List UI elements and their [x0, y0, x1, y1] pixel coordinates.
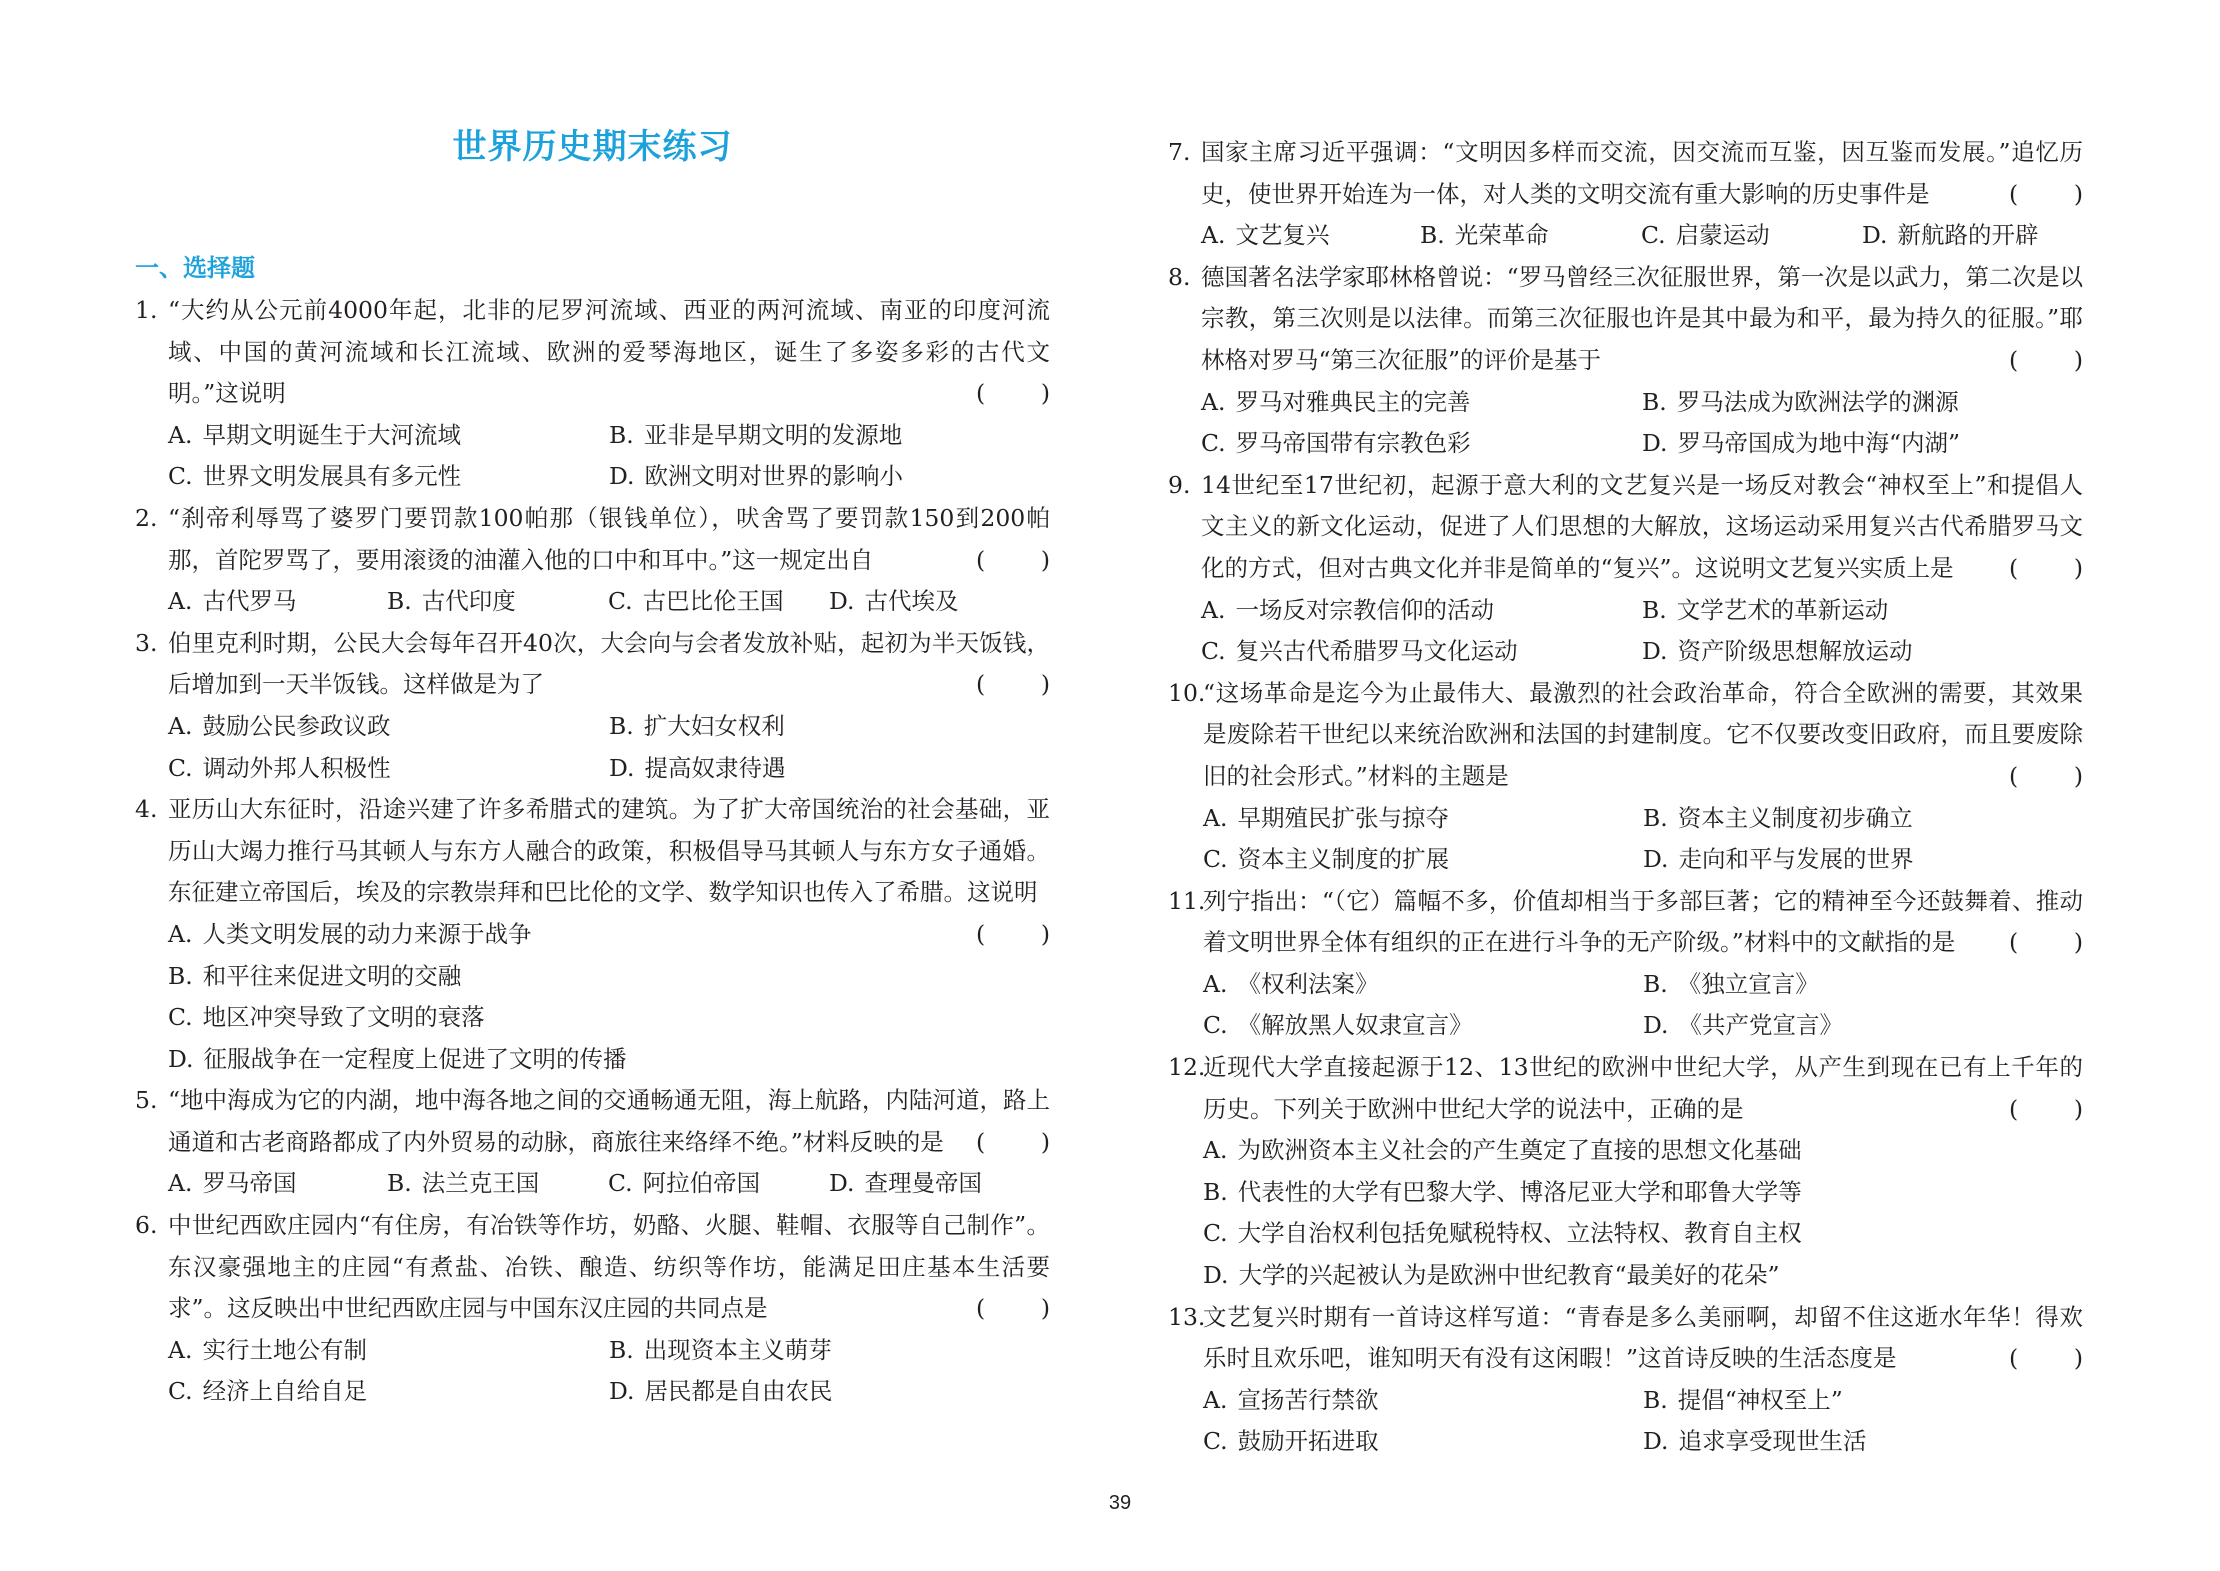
bracket-close: ): [2074, 174, 2083, 216]
option-d[interactable]: D.查理曼帝国: [829, 1163, 1050, 1205]
option-d[interactable]: D.追求享受现世生活: [1643, 1421, 2083, 1463]
option-a[interactable]: A.早期文明诞生于大河流域: [168, 415, 609, 457]
worksheet-page: 世界历史期末练习 一、选择题 1. “大约从公元前4000年起，北非的尼罗河流域…: [0, 0, 2220, 1571]
answer-bracket[interactable]: (): [2009, 174, 2083, 216]
option-letter: D.: [1643, 845, 1668, 873]
answer-bracket[interactable]: (): [2009, 1338, 2083, 1380]
option-letter: D.: [609, 754, 634, 782]
option-c[interactable]: C.鼓励开拓进取: [1203, 1421, 1643, 1463]
options-grid: A.实行土地公有制 B.出现资本主义萌芽 C.经济上自给自足 D.居民都是自由农…: [135, 1330, 1050, 1413]
option-text: 扩大妇女权利: [644, 712, 785, 740]
answer-bracket[interactable]: (): [2009, 548, 2083, 590]
option-d[interactable]: D.走向和平与发展的世界: [1643, 839, 2083, 881]
option-text: 资本主义制度的扩展: [1238, 845, 1450, 873]
question-stem: 6. 中世纪西欧庄园内“有住房，有冶铁等作坊，奶酪、火腿、鞋帽、衣服等自己制作”…: [135, 1205, 1050, 1330]
option-text: 古代埃及: [865, 587, 959, 615]
question-number: 9.: [1168, 465, 1190, 507]
option-b[interactable]: B.扩大妇女权利: [609, 706, 1050, 748]
question-10: 10. “这场革命是迄今为止最伟大、最激烈的社会政治革命，符合全欧洲的需要，其效…: [1168, 673, 2083, 881]
option-letter: B.: [609, 421, 634, 449]
option-b[interactable]: B.亚非是早期文明的发源地: [609, 415, 1050, 457]
question-text: 德国著名法学家耶林格曾说：“罗马曾经三次征服世界，第一次是以武力，第二次是以宗教…: [1201, 263, 2083, 374]
option-b[interactable]: B.文学艺术的革新运动: [1642, 590, 2083, 632]
option-text: 走向和平与发展的世界: [1678, 845, 1913, 873]
question-number: 8.: [1168, 257, 1190, 299]
option-letter: C.: [168, 1003, 193, 1031]
option-d[interactable]: D.资产阶级思想解放运动: [1642, 631, 2083, 673]
option-letter: D.: [1642, 637, 1667, 665]
question-8: 8. 德国著名法学家耶林格曾说：“罗马曾经三次征服世界，第一次是以武力，第二次是…: [1168, 257, 2083, 465]
option-letter: D.: [1643, 1427, 1668, 1455]
option-d[interactable]: D.古代埃及: [829, 581, 1050, 623]
option-b[interactable]: B.光荣革命: [1420, 215, 1641, 257]
option-d[interactable]: D.居民都是自由农民: [609, 1371, 1050, 1413]
option-letter: C.: [1203, 1427, 1228, 1455]
question-number: 13.: [1168, 1297, 1205, 1339]
option-text: 文艺复兴: [1235, 221, 1329, 249]
option-b[interactable]: B.出现资本主义萌芽: [609, 1330, 1050, 1372]
option-c[interactable]: C.古巴比伦王国: [608, 581, 829, 623]
options-grid: A.《权利法案》 B.《独立宣言》 C.《解放黑人奴隶宣言》 D.《共产党宣言》: [1168, 964, 2083, 1047]
option-b[interactable]: B.罗马法成为欧洲法学的渊源: [1642, 382, 2083, 424]
options-grid: A.鼓励公民参政议政 B.扩大妇女权利 C.调动外邦人积极性 D.提高奴隶待遇: [135, 706, 1050, 789]
question-13: 13. 文艺复兴时期有一首诗这样写道：“青春是多么美丽啊，却留不住这逝水年华！得…: [1168, 1297, 2083, 1463]
options-grid: A.文艺复兴 B.光荣革命 C.启蒙运动 D.新航路的开辟: [1168, 215, 2083, 257]
options-list: A.人类文明发展的动力来源于战争 B.和平往来促进文明的交融 C.地区冲突导致了…: [135, 914, 1050, 1080]
option-b[interactable]: B.古代印度: [387, 581, 608, 623]
option-text: 宣扬苦行禁欲: [1237, 1386, 1378, 1414]
option-text: 地区冲突导致了文明的衰落: [203, 1003, 485, 1031]
option-text: 罗马法成为欧洲法学的渊源: [1677, 388, 1959, 416]
question-9: 9. 14世纪至17世纪初，起源于意大利的文艺复兴是一场反对教会“神权至上”和提…: [1168, 465, 2083, 673]
question-stem: 1. “大约从公元前4000年起，北非的尼罗河流域、西亚的两河流域、南亚的印度河…: [135, 290, 1050, 415]
bracket-close: ): [1041, 1288, 1050, 1330]
option-letter: B.: [1420, 221, 1445, 249]
option-text: 亚非是早期文明的发源地: [644, 421, 903, 449]
option-letter: A.: [168, 421, 192, 449]
option-letter: A.: [1203, 970, 1227, 998]
options-list: A.为欧洲资本主义社会的产生奠定了直接的思想文化基础 B.代表性的大学有巴黎大学…: [1168, 1130, 2083, 1296]
option-letter: A.: [168, 920, 192, 948]
option-text: 实行土地公有制: [202, 1336, 367, 1364]
answer-bracket[interactable]: (): [976, 1288, 1050, 1330]
option-text: 光荣革命: [1455, 221, 1549, 249]
option-letter: D.: [829, 587, 854, 615]
option-text: 新航路的开辟: [1898, 221, 2039, 249]
option-text: 古代印度: [422, 587, 516, 615]
option-letter: B.: [609, 1336, 634, 1364]
bracket-open: (: [2009, 1089, 2018, 1131]
option-text: 出现资本主义萌芽: [644, 1336, 832, 1364]
option-letter: D.: [609, 1377, 634, 1405]
question-number: 11.: [1168, 881, 1205, 923]
question-stem: 10. “这场革命是迄今为止最伟大、最激烈的社会政治革命，符合全欧洲的需要，其效…: [1168, 673, 2083, 798]
question-number: 3.: [135, 623, 157, 665]
option-a[interactable]: A.文艺复兴: [1201, 215, 1420, 257]
option-text: 《共产党宣言》: [1678, 1011, 1843, 1039]
option-text: 一场反对宗教信仰的活动: [1235, 596, 1494, 624]
option-letter: D.: [829, 1169, 854, 1197]
option-letter: A.: [1201, 221, 1225, 249]
answer-bracket[interactable]: (): [2009, 340, 2083, 382]
question-6: 6. 中世纪西欧庄园内“有住房，有冶铁等作坊，奶酪、火腿、鞋帽、衣服等自己制作”…: [135, 1205, 1050, 1413]
option-b[interactable]: B.法兰克王国: [387, 1163, 608, 1205]
question-number: 12.: [1168, 1047, 1205, 1089]
option-text: 居民都是自由农民: [644, 1377, 832, 1405]
question-stem: 12. 近现代大学直接起源于12、13世纪的欧洲中世纪大学，从产生到现在已有上千…: [1168, 1047, 2083, 1130]
option-c[interactable]: C.《解放黑人奴隶宣言》: [1203, 1005, 1643, 1047]
option-letter: C.: [1203, 1011, 1228, 1039]
option-c[interactable]: C.复兴古代希腊罗马文化运动: [1201, 631, 1642, 673]
question-5: 5. “地中海成为它的内湖，地中海各地之间的交通畅通无阻，海上航路，内陆河道，路…: [135, 1080, 1050, 1205]
right-column: 7. 国家主席习近平强调：“文明因多样而交流，因交流而互鉴，因互鉴而发展。”追忆…: [1168, 132, 2083, 1463]
option-text: 早期殖民扩张与掠夺: [1237, 804, 1449, 832]
question-stem: 7. 国家主席习近平强调：“文明因多样而交流，因交流而互鉴，因互鉴而发展。”追忆…: [1168, 132, 2083, 215]
answer-bracket[interactable]: (): [976, 540, 1050, 582]
bracket-close: ): [2074, 548, 2083, 590]
bracket-open: (: [976, 373, 985, 415]
question-text: 列宁指出：“（它）篇幅不多，价值却相当于多部巨著；它的精神至今还鼓舞着、推动着文…: [1203, 887, 2083, 957]
question-2: 2. “刹帝利辱骂了婆罗门要罚款100帕那（银钱单位），吠舍骂了要罚款150到2…: [135, 498, 1050, 623]
question-number: 4.: [135, 789, 157, 831]
option-letter: C.: [608, 587, 633, 615]
option-c[interactable]: C.启蒙运动: [1641, 215, 1862, 257]
option-c[interactable]: C.资本主义制度的扩展: [1203, 839, 1643, 881]
bracket-close: ): [2074, 756, 2083, 798]
bracket-open: (: [2009, 756, 2018, 798]
question-text: 14世纪至17世纪初，起源于意大利的文艺复兴是一场反对教会“神权至上”和提倡人文…: [1201, 471, 2083, 582]
option-letter: A.: [168, 587, 192, 615]
page-number: 39: [1060, 1492, 1180, 1515]
question-number: 1.: [135, 290, 157, 332]
option-a[interactable]: A.罗马帝国: [168, 1163, 387, 1205]
option-letter: C.: [1201, 637, 1226, 665]
option-d[interactable]: D.大学的兴起被认为是欧洲中世纪教育“最美好的花朵”: [1203, 1255, 1780, 1297]
option-letter: C.: [168, 1377, 193, 1405]
bracket-open: (: [2009, 1338, 2018, 1380]
options-grid: A.宣扬苦行禁欲 B.提倡“神权至上” C.鼓励开拓进取 D.追求享受现世生活: [1168, 1380, 2083, 1463]
option-letter: B.: [387, 587, 412, 615]
option-letter: B.: [1642, 596, 1667, 624]
question-text: “地中海成为它的内湖，地中海各地之间的交通畅通无阻，海上航路，内陆河道，路上通道…: [168, 1086, 1050, 1156]
option-text: 查理曼帝国: [865, 1169, 983, 1197]
option-letter: C.: [1203, 1219, 1228, 1247]
answer-bracket[interactable]: (): [976, 1122, 1050, 1164]
option-letter: C.: [1201, 429, 1226, 457]
option-text: 《解放黑人奴隶宣言》: [1238, 1011, 1473, 1039]
question-text: 伯里克利时期，公民大会每年召开40次，大会向与会者发放补贴，起初为半天饭钱，后增…: [168, 629, 1050, 699]
option-letter: A.: [1201, 388, 1225, 416]
option-d[interactable]: D.罗马帝国成为地中海“内湖”: [1642, 423, 2083, 465]
option-b[interactable]: B.提倡“神权至上”: [1643, 1380, 2083, 1422]
question-text: “这场革命是迄今为止最伟大、最激烈的社会政治革命，符合全欧洲的需要，其效果是废除…: [1203, 679, 2083, 790]
question-1: 1. “大约从公元前4000年起，北非的尼罗河流域、西亚的两河流域、南亚的印度河…: [135, 290, 1050, 498]
option-b[interactable]: B.《独立宣言》: [1643, 964, 2083, 1006]
option-text: 征服战争在一定程度上促进了文明的传播: [203, 1045, 626, 1073]
option-letter: C.: [168, 754, 193, 782]
bracket-open: (: [2009, 548, 2018, 590]
answer-bracket[interactable]: (): [2009, 1089, 2083, 1131]
option-text: 阿拉伯帝国: [643, 1169, 761, 1197]
option-text: 《独立宣言》: [1678, 970, 1819, 998]
options-grid: A.罗马对雅典民主的完善 B.罗马法成为欧洲法学的渊源 C.罗马帝国带有宗教色彩…: [1168, 382, 2083, 465]
option-text: 资产阶级思想解放运动: [1677, 637, 1912, 665]
option-c[interactable]: C.大学自治权利包括免赋税特权、立法特权、教育自主权: [1203, 1213, 1802, 1255]
option-text: 文学艺术的革新运动: [1677, 596, 1889, 624]
option-text: 《权利法案》: [1237, 970, 1378, 998]
question-text: 国家主席习近平强调：“文明因多样而交流，因交流而互鉴，因互鉴而发展。”追忆历史，…: [1201, 138, 2083, 208]
question-stem: 4. 亚历山大东征时，沿途兴建了许多希腊式的建筑。为了扩大帝国统治的社会基础，亚…: [135, 789, 1050, 914]
bracket-open: (: [2009, 174, 2018, 216]
options-grid: A.早期文明诞生于大河流域 B.亚非是早期文明的发源地 C.世界文明发展具有多元…: [135, 415, 1050, 498]
option-letter: D.: [1642, 429, 1667, 457]
option-letter: A.: [1203, 1136, 1227, 1164]
option-b[interactable]: B.资本主义制度初步确立: [1643, 798, 2083, 840]
option-a[interactable]: A.实行土地公有制: [168, 1330, 609, 1372]
option-text: 代表性的大学有巴黎大学、博洛尼亚大学和耶鲁大学等: [1238, 1178, 1802, 1206]
bracket-close: ): [1041, 1122, 1050, 1164]
bracket-open: (: [2009, 340, 2018, 382]
option-letter: B.: [168, 962, 193, 990]
option-letter: C.: [1641, 221, 1666, 249]
option-letter: D.: [1203, 1261, 1228, 1289]
option-text: 启蒙运动: [1676, 221, 1770, 249]
option-text: 罗马帝国带有宗教色彩: [1236, 429, 1471, 457]
question-text: “刹帝利辱骂了婆罗门要罚款100帕那（银钱单位），吠舍骂了要罚款150到200帕…: [168, 504, 1050, 574]
option-text: 调动外邦人积极性: [203, 754, 391, 782]
bracket-open: (: [976, 664, 985, 706]
option-text: 经济上自给自足: [203, 1377, 368, 1405]
option-c[interactable]: C.地区冲突导致了文明的衰落: [168, 997, 485, 1039]
bracket-open: (: [976, 1122, 985, 1164]
option-text: 人类文明发展的动力来源于战争: [202, 920, 531, 948]
option-c[interactable]: C.调动外邦人积极性: [168, 748, 609, 790]
option-a[interactable]: A.一场反对宗教信仰的活动: [1201, 590, 1642, 632]
bracket-close: ): [1041, 373, 1050, 415]
option-a[interactable]: A.为欧洲资本主义社会的产生奠定了直接的思想文化基础: [1203, 1130, 1801, 1172]
option-letter: A.: [1201, 596, 1225, 624]
option-letter: C.: [1203, 845, 1228, 873]
question-number: 2.: [135, 498, 157, 540]
question-number: 6.: [135, 1205, 157, 1247]
question-3: 3. 伯里克利时期，公民大会每年召开40次，大会向与会者发放补贴，起初为半天饭钱…: [135, 623, 1050, 789]
option-text: 鼓励开拓进取: [1238, 1427, 1379, 1455]
question-text: 文艺复兴时期有一首诗这样写道：“青春是多么美丽啊，却留不住这逝水年华！得欢乐时且…: [1203, 1303, 2083, 1373]
question-text: 近现代大学直接起源于12、13世纪的欧洲中世纪大学，从产生到现在已有上千年的历史…: [1203, 1053, 2083, 1123]
option-d[interactable]: D.欧洲文明对世界的影响小: [609, 456, 1050, 498]
option-a[interactable]: A.《权利法案》: [1203, 964, 1643, 1006]
option-text: 古代罗马: [202, 587, 296, 615]
option-text: 为欧洲资本主义社会的产生奠定了直接的思想文化基础: [1237, 1136, 1801, 1164]
question-number: 5.: [135, 1080, 157, 1122]
option-letter: C.: [608, 1169, 633, 1197]
question-4: 4. 亚历山大东征时，沿途兴建了许多希腊式的建筑。为了扩大帝国统治的社会基础，亚…: [135, 789, 1050, 1080]
options-grid: A.一场反对宗教信仰的活动 B.文学艺术的革新运动 C.复兴古代希腊罗马文化运动…: [1168, 590, 2083, 673]
question-stem: 3. 伯里克利时期，公民大会每年召开40次，大会向与会者发放补贴，起初为半天饭钱…: [135, 623, 1050, 706]
question-7: 7. 国家主席习近平强调：“文明因多样而交流，因交流而互鉴，因互鉴而发展。”追忆…: [1168, 132, 2083, 257]
question-stem: 5. “地中海成为它的内湖，地中海各地之间的交通畅通无阻，海上航路，内陆河道，路…: [135, 1080, 1050, 1163]
option-a[interactable]: A.人类文明发展的动力来源于战争: [168, 914, 531, 956]
option-letter: B.: [1643, 804, 1668, 832]
option-text: 早期文明诞生于大河流域: [202, 421, 461, 449]
question-11: 11. 列宁指出：“（它）篇幅不多，价值却相当于多部巨著；它的精神至今还鼓舞着、…: [1168, 881, 2083, 1047]
question-12: 12. 近现代大学直接起源于12、13世纪的欧洲中世纪大学，从产生到现在已有上千…: [1168, 1047, 2083, 1297]
option-letter: B.: [1642, 388, 1667, 416]
answer-bracket[interactable]: (): [2009, 922, 2083, 964]
page-title: 世界历史期末练习: [135, 122, 1050, 172]
options-grid: A.罗马帝国 B.法兰克王国 C.阿拉伯帝国 D.查理曼帝国: [135, 1163, 1050, 1205]
option-letter: D.: [609, 462, 634, 490]
option-text: 资本主义制度初步确立: [1678, 804, 1913, 832]
option-text: 欧洲文明对世界的影响小: [644, 462, 903, 490]
option-a[interactable]: A.古代罗马: [168, 581, 387, 623]
option-d[interactable]: D.提高奴隶待遇: [609, 748, 1050, 790]
bracket-close: ): [2074, 340, 2083, 382]
question-stem: 11. 列宁指出：“（它）篇幅不多，价值却相当于多部巨著；它的精神至今还鼓舞着、…: [1168, 881, 2083, 964]
option-letter: B.: [1643, 1386, 1668, 1414]
option-letter: B.: [609, 712, 634, 740]
question-text: “大约从公元前4000年起，北非的尼罗河流域、西亚的两河流域、南亚的印度河流域、…: [168, 296, 1050, 407]
bracket-close: ): [2074, 1089, 2083, 1131]
section-heading: 一、选择题: [135, 250, 255, 286]
option-text: 鼓励公民参政议政: [202, 712, 390, 740]
option-text: 世界文明发展具有多元性: [203, 462, 462, 490]
option-d[interactable]: D.新航路的开辟: [1862, 215, 2083, 257]
bracket-close: ): [1041, 664, 1050, 706]
option-letter: C.: [168, 462, 193, 490]
option-letter: B.: [1643, 970, 1668, 998]
option-text: 和平往来促进文明的交融: [203, 962, 462, 990]
question-text: 中世纪西欧庄园内“有住房，有冶铁等作坊，奶酪、火腿、鞋帽、衣服等自己制作”。东汉…: [168, 1211, 1050, 1322]
answer-bracket[interactable]: (): [2009, 756, 2083, 798]
option-letter: A.: [1203, 1386, 1227, 1414]
option-c[interactable]: C.世界文明发展具有多元性: [168, 456, 609, 498]
question-number: 10.: [1168, 673, 1205, 715]
option-letter: A.: [168, 1336, 192, 1364]
option-c[interactable]: C.罗马帝国带有宗教色彩: [1201, 423, 1642, 465]
bracket-open: (: [976, 540, 985, 582]
option-text: 提倡“神权至上”: [1678, 1386, 1843, 1414]
option-a[interactable]: A.罗马对雅典民主的完善: [1201, 382, 1642, 424]
option-letter: B.: [1203, 1178, 1228, 1206]
option-a[interactable]: A.宣扬苦行禁欲: [1203, 1380, 1643, 1422]
option-letter: A.: [168, 1169, 192, 1197]
question-stem: 9. 14世纪至17世纪初，起源于意大利的文艺复兴是一场反对教会“神权至上”和提…: [1168, 465, 2083, 590]
option-d[interactable]: D.征服战争在一定程度上促进了文明的传播: [168, 1039, 626, 1081]
question-stem: 8. 德国著名法学家耶林格曾说：“罗马曾经三次征服世界，第一次是以武力，第二次是…: [1168, 257, 2083, 382]
options-grid: A.早期殖民扩张与掠夺 B.资本主义制度初步确立 C.资本主义制度的扩展 D.走…: [1168, 798, 2083, 881]
bracket-close: ): [2074, 922, 2083, 964]
bracket-close: ): [1041, 540, 1050, 582]
question-text: 亚历山大东征时，沿途兴建了许多希腊式的建筑。为了扩大帝国统治的社会基础，亚历山大…: [168, 795, 1050, 906]
option-text: 大学自治权利包括免赋税特权、立法特权、教育自主权: [1238, 1219, 1802, 1247]
option-text: 大学的兴起被认为是欧洲中世纪教育“最美好的花朵”: [1238, 1261, 1779, 1289]
option-b[interactable]: B.代表性的大学有巴黎大学、博洛尼亚大学和耶鲁大学等: [1203, 1172, 1802, 1214]
bracket-close: ): [2074, 1338, 2083, 1380]
question-number: 7.: [1168, 132, 1190, 174]
option-a[interactable]: A.鼓励公民参政议政: [168, 706, 609, 748]
bracket-open: (: [976, 1288, 985, 1330]
option-text: 提高奴隶待遇: [644, 754, 785, 782]
option-text: 罗马帝国: [202, 1169, 296, 1197]
option-letter: B.: [387, 1169, 412, 1197]
option-d[interactable]: D.《共产党宣言》: [1643, 1005, 2083, 1047]
option-b[interactable]: B.和平往来促进文明的交融: [168, 956, 461, 998]
option-letter: A.: [1203, 804, 1227, 832]
option-text: 复兴古代希腊罗马文化运动: [1236, 637, 1518, 665]
question-stem: 13. 文艺复兴时期有一首诗这样写道：“青春是多么美丽啊，却留不住这逝水年华！得…: [1168, 1297, 2083, 1380]
option-a[interactable]: A.早期殖民扩张与掠夺: [1203, 798, 1643, 840]
option-c[interactable]: C.阿拉伯帝国: [608, 1163, 829, 1205]
bracket-open: (: [2009, 922, 2018, 964]
answer-bracket[interactable]: (): [976, 373, 1050, 415]
option-letter: D.: [168, 1045, 193, 1073]
option-text: 追求享受现世生活: [1678, 1427, 1866, 1455]
question-stem: 2. “刹帝利辱骂了婆罗门要罚款100帕那（银钱单位），吠舍骂了要罚款150到2…: [135, 498, 1050, 581]
option-text: 法兰克王国: [422, 1169, 540, 1197]
option-letter: D.: [1862, 221, 1887, 249]
option-text: 罗马对雅典民主的完善: [1235, 388, 1470, 416]
option-letter: D.: [1643, 1011, 1668, 1039]
option-letter: A.: [168, 712, 192, 740]
option-text: 罗马帝国成为地中海“内湖”: [1677, 429, 1960, 457]
answer-bracket[interactable]: (): [976, 664, 1050, 706]
left-column: 1. “大约从公元前4000年起，北非的尼罗河流域、西亚的两河流域、南亚的印度河…: [135, 290, 1050, 1413]
options-grid: A.古代罗马 B.古代印度 C.古巴比伦王国 D.古代埃及: [135, 581, 1050, 623]
option-c[interactable]: C.经济上自给自足: [168, 1371, 609, 1413]
option-text: 古巴比伦王国: [643, 587, 784, 615]
